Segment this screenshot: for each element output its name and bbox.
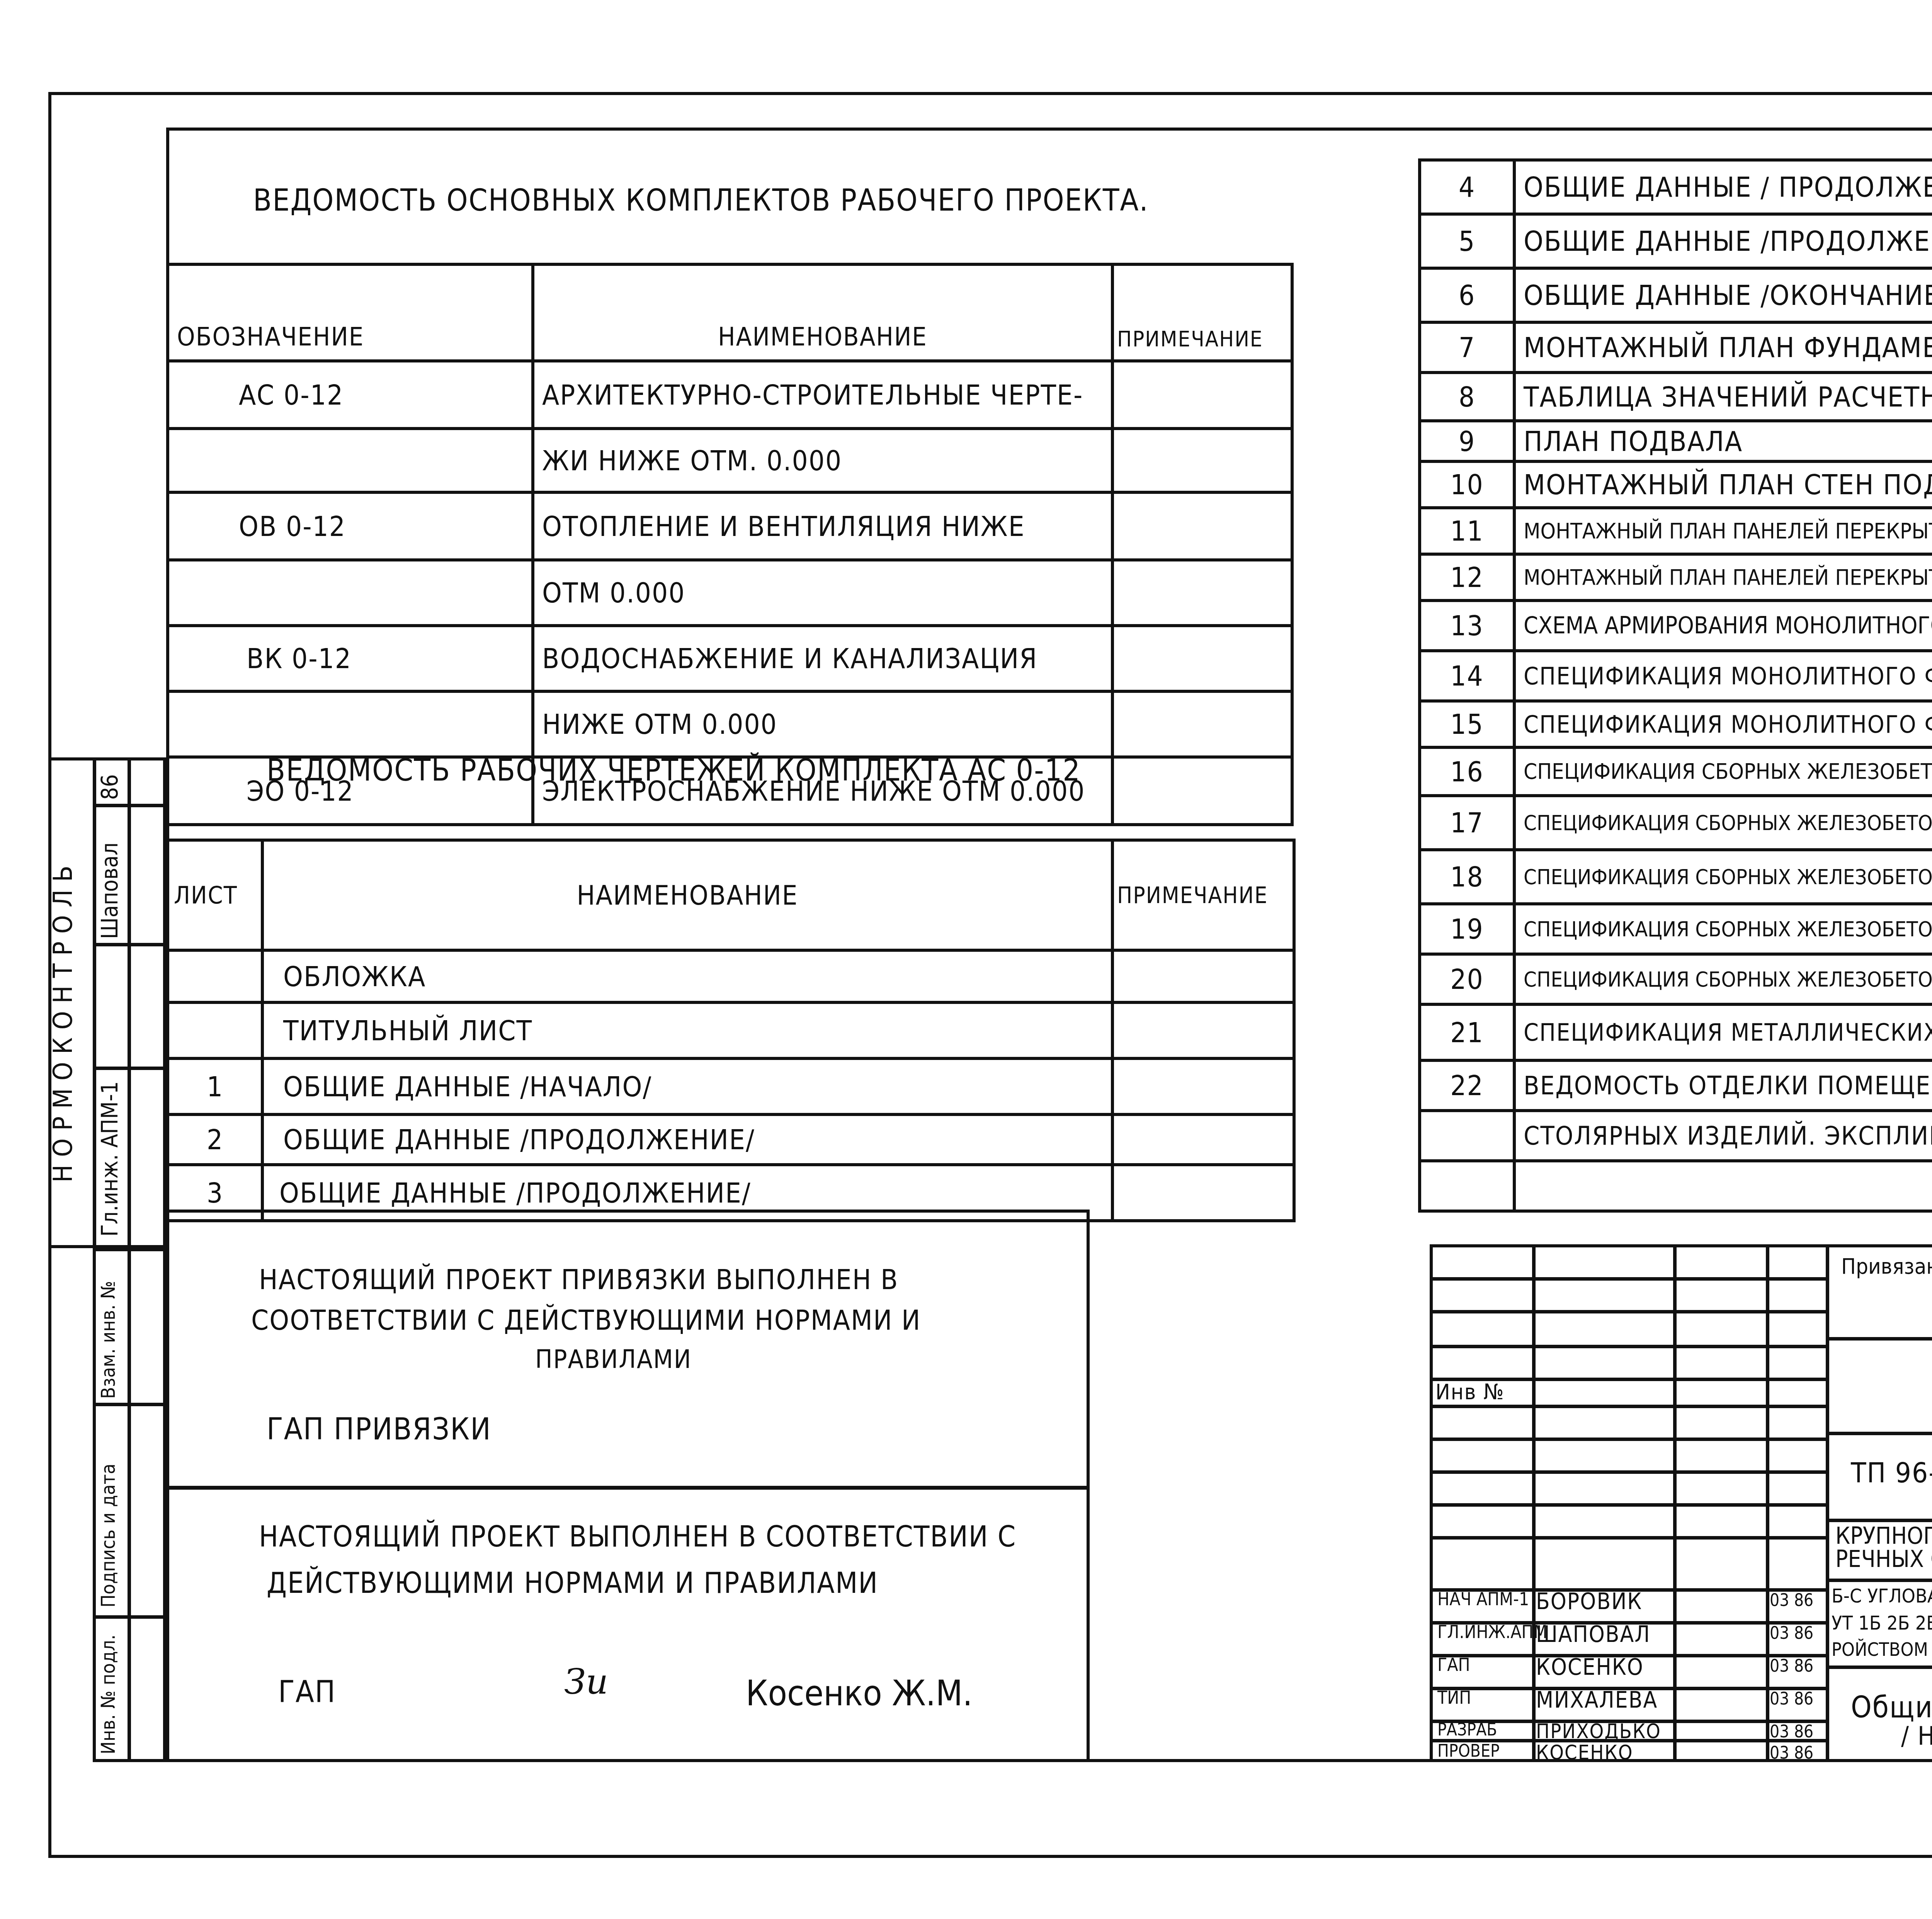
sheet-name: Обложка <box>262 950 1112 1002</box>
inv-number-label: Инв № <box>1435 1381 1505 1403</box>
set-name: Архитектурно-строительные черте- <box>533 361 1112 429</box>
signer-name: Михалева <box>1536 1689 1658 1711</box>
table-row: 13Схема армирования монолитного фундамен… <box>1420 601 1932 651</box>
signer-date: 03 86 <box>1770 1745 1813 1762</box>
set-code <box>168 560 533 626</box>
signer-role: Гл.инж.АПМ <box>1437 1623 1547 1641</box>
sheet-name <box>1514 1161 1932 1211</box>
sheet-name: Титульный лист <box>262 1002 1112 1058</box>
table-row: 19Спецификация сборных железобетонных из… <box>1420 904 1932 954</box>
sheet-number: 12 <box>1420 554 1514 601</box>
normocontrol-name: Шаповал <box>99 842 121 939</box>
table-row: 20Спецификация сборных железобетонных из… <box>1420 954 1932 1004</box>
table-row: 12Монтажный план панелей перекрытия над … <box>1420 554 1932 601</box>
sheet-name: Спецификация сборных железобетонных изде… <box>1514 954 1932 1004</box>
sheet-name: Общие данные /продолжение/ <box>1514 214 1932 268</box>
sheet-name: Монтажный план стен подвала <box>1514 461 1932 508</box>
sheet-name: Ведомость отделки помещений. Спецификаци… <box>1514 1060 1932 1111</box>
set-name: Водоснабжение и канализация <box>533 626 1112 691</box>
compliance-note-line2: действующими нормами и правилами <box>267 1569 878 1597</box>
signer-name: Косенко <box>1536 1743 1633 1763</box>
sheet-number: 22 <box>1420 1060 1514 1111</box>
signer-role: Разраб <box>1437 1722 1497 1739</box>
sheet-name: Спецификация сборных железобетонных изде… <box>1514 850 1932 904</box>
signer-role: ГАП <box>1437 1656 1470 1674</box>
sheet-name: Общие данные /начало/ <box>262 1058 1112 1114</box>
set-note <box>1112 691 1292 757</box>
set-code: ОВ 0-12 <box>168 492 533 560</box>
signer-name: Шаповал <box>1536 1623 1651 1645</box>
table-row: 9План подвала <box>1420 421 1932 461</box>
sheet-name: Таблица значений расчетных нагрузок <box>1514 373 1932 421</box>
signer-role: Нач АПМ-1 <box>1437 1590 1529 1608</box>
sheet-number: 17 <box>1420 796 1514 850</box>
gap-signature: Зи <box>564 1662 608 1702</box>
table1-header-code: Обозначение <box>168 264 533 361</box>
signer-name: Косенко <box>1536 1656 1644 1678</box>
set-code: АС 0-12 <box>168 361 533 429</box>
sheet-number: 21 <box>1420 1004 1514 1060</box>
sheet-name: Схема армирования монолитного фундаментн… <box>1514 601 1932 651</box>
gap-name: Косенко Ж.М. <box>746 1673 973 1714</box>
sheet-note <box>1112 1114 1294 1165</box>
sheet-name: Монтажный план панелей перекрытия над по… <box>1514 554 1932 601</box>
sheet-number: 16 <box>1420 747 1514 796</box>
sheet-note <box>1112 1002 1294 1058</box>
set-name: жи ниже отм. 0.000 <box>533 429 1112 492</box>
table-row: ВК 0-12 Водоснабжение и канализация <box>168 626 1292 691</box>
sheet-number: 4 <box>1420 160 1514 214</box>
table-row: 10Монтажный план стен подвала <box>1420 461 1932 508</box>
table2-header-note: Примечание <box>1112 840 1294 950</box>
table1-header-note: Примечание <box>1112 264 1292 361</box>
table2-header-sheet: Лист <box>168 840 262 950</box>
set-note <box>1112 361 1292 429</box>
sheet-number: 15 <box>1420 701 1514 747</box>
binding-gap-label: ГАП привязки <box>267 1414 492 1444</box>
table-row: Обложка <box>168 950 1294 1002</box>
inv-podl-label: Инв. № подл. <box>99 1635 118 1754</box>
signer-role: Провер <box>1437 1743 1500 1760</box>
set-name: Отопление и вентиляция ниже <box>533 492 1112 560</box>
set-note <box>1112 757 1292 825</box>
sheet-name: Общие данные /продолжение/ <box>262 1114 1112 1165</box>
set-name: ниже отм 0.000 <box>533 691 1112 757</box>
signer-role: ТИП <box>1437 1689 1471 1706</box>
podpis-data-label: Подпись и дата <box>99 1463 118 1608</box>
sheet-name: Общие данные /окончание/ <box>1514 268 1932 322</box>
table-row: 4Общие данные / продолжение / <box>1420 160 1932 214</box>
set-code: ВК 0-12 <box>168 626 533 691</box>
set-note <box>1112 492 1292 560</box>
sheet-number: 5 <box>1420 214 1514 268</box>
table2-header-name: Наименование <box>262 840 1112 950</box>
set-note <box>1112 626 1292 691</box>
building-line1: Б-с угловая-торцевая 9-эт 36 кварт <box>1832 1586 1932 1606</box>
section2-title: Ведомость рабочих чертежей комплекта АС … <box>267 755 1081 786</box>
table-row: 14Спецификация монолитного фундаментного… <box>1420 651 1932 701</box>
set-note <box>1112 560 1292 626</box>
sheet-number: 7 <box>1420 322 1514 373</box>
sheet-number: 14 <box>1420 651 1514 701</box>
sheet-name: План подвала <box>1514 421 1932 461</box>
sheet-name: Спецификация сборных железобетонных изде… <box>1514 904 1932 954</box>
table-row: жи ниже отм. 0.000 <box>168 429 1292 492</box>
signature-table: Нач АПМ-1 Боровик 03 86 Гл.инж.АПМ Шапов… <box>1430 1588 1828 1762</box>
sheet-number: 13 <box>1420 601 1514 651</box>
drawing-title-line1: Общие данные <box>1851 1693 1932 1722</box>
table-row: АС 0-12 Архитектурно-строительные черте- <box>168 361 1292 429</box>
sheet-name: Спецификация сборных железобетонных изде… <box>1514 796 1932 850</box>
binding-note-line3: правилами <box>535 1347 692 1372</box>
signer-date: 03 86 <box>1770 1723 1813 1740</box>
project-name-line1: Крупнопанельные жилые дома с узким шагом… <box>1835 1524 1932 1548</box>
sheet-note <box>1112 1058 1294 1114</box>
sheet-name: Общие данные / продолжение / <box>1514 160 1932 214</box>
sheet-number <box>1420 1161 1514 1211</box>
sheet-name: Спецификация монолитного фундаментного п… <box>1514 701 1932 747</box>
sheet-name: столярных изделий. Экспликация пола <box>1514 1111 1932 1161</box>
drawing-title-line2: / начало / <box>1901 1723 1932 1749</box>
normocontrol-position: Гл.инж. АПМ-1 <box>99 1081 121 1237</box>
table-row: 8Таблица значений расчетных нагрузок <box>1420 373 1932 421</box>
table-row <box>1420 1161 1932 1211</box>
table-row: 16Спецификация сборных железобетонных из… <box>1420 747 1932 796</box>
signer-date: 03 86 <box>1770 1691 1813 1708</box>
building-line2: УТ 1Б 2Б 2Б 3Б/левая/ Вариант уст- <box>1832 1613 1932 1633</box>
signer-date: 03 86 <box>1770 1592 1813 1609</box>
signer-date: 03 86 <box>1770 1658 1813 1675</box>
working-drawings-table: Лист Наименование Примечание Обложка Тит… <box>166 839 1296 1222</box>
sheet-number: 11 <box>1420 508 1514 554</box>
table-row: Титульный лист <box>168 1002 1294 1058</box>
binding-note-line1: Настоящий проект привязки выполнен в <box>259 1266 899 1293</box>
sheet-name: Монтажный план панелей перекрытия над по… <box>1514 508 1932 554</box>
table-row: 11Монтажный план панелей перекрытия над … <box>1420 508 1932 554</box>
signer-name: Приходько <box>1536 1722 1661 1742</box>
normocontrol-label: Нормоконтроль <box>50 858 77 1182</box>
main-sets-table: Обозначение Наименование Примечание АС 0… <box>166 263 1294 826</box>
sheet-number: 19 <box>1420 904 1514 954</box>
sheet-number: 18 <box>1420 850 1514 904</box>
set-note <box>1112 429 1292 492</box>
building-line3: ройством кладовых-боксов в подвале <box>1832 1640 1932 1659</box>
compliance-gap-label: ГАП <box>278 1677 336 1707</box>
project-name-line2: речных стен для сложных условий строител… <box>1835 1548 1932 1571</box>
section1-title: Ведомость основных комплектов рабочего п… <box>253 185 1149 216</box>
table-row: 21Спецификация металлических монтажных и… <box>1420 1004 1932 1060</box>
sheet-number: 20 <box>1420 954 1514 1004</box>
table-row: 15Спецификация монолитного фундаментного… <box>1420 701 1932 747</box>
sheet-name: Спецификация металлических монтажных изд… <box>1514 1004 1932 1060</box>
table-row: 5Общие данные /продолжение/ <box>1420 214 1932 268</box>
sheet-number: 1 <box>168 1058 262 1114</box>
table-row: отм 0.000 <box>168 560 1292 626</box>
table-row: 7Монтажный план фундаментов <box>1420 322 1932 373</box>
vzam-inv-label: Взам. инв. № <box>99 1281 118 1399</box>
binding-note-line2: соответствии с действующими нормами и <box>251 1306 921 1334</box>
table-row: ОВ 0-12 Отопление и вентиляция ниже <box>168 492 1292 560</box>
working-drawings-table-continued: 4Общие данные / продолжение / 5Общие дан… <box>1418 158 1932 1213</box>
table-row: 17Спецификация сборных железобетонных из… <box>1420 796 1932 850</box>
table-row: 1 Общие данные /начало/ <box>168 1058 1294 1114</box>
set-name: отм 0.000 <box>533 560 1112 626</box>
set-code <box>168 691 533 757</box>
table-row: столярных изделий. Экспликация пола <box>1420 1111 1932 1161</box>
sheet-name: Спецификация сборных железобетонных изде… <box>1514 747 1932 796</box>
sheet-number: 2 <box>168 1114 262 1165</box>
sheet-note <box>1112 950 1294 1002</box>
signer-name: Боровик <box>1536 1590 1642 1613</box>
sheet-number: 8 <box>1420 373 1514 421</box>
set-code <box>168 429 533 492</box>
privyazan-label: Привязан <box>1841 1256 1932 1278</box>
sheet-name: Монтажный план фундаментов <box>1514 322 1932 373</box>
table-row: 22Ведомость отделки помещений. Специфика… <box>1420 1060 1932 1111</box>
table1-header-name: Наименование <box>533 264 1112 361</box>
compliance-note-line1: Настоящий проект выполнен в соответствии… <box>259 1523 1016 1551</box>
project-code: ТП 96-056 83 <box>1851 1459 1932 1487</box>
table-row: 18Спецификация сборных железобетонных из… <box>1420 850 1932 904</box>
normocontrol-year: 86 <box>99 774 121 800</box>
sheet-number: 6 <box>1420 268 1514 322</box>
table-row: 6Общие данные /окончание/ <box>1420 268 1932 322</box>
sheet-number <box>168 1002 262 1058</box>
sheet-number <box>168 950 262 1002</box>
sheet-number <box>1420 1111 1514 1161</box>
sheet-number: 10 <box>1420 461 1514 508</box>
sheet-name: Спецификация монолитного фундаментного п… <box>1514 651 1932 701</box>
sheet-number: 9 <box>1420 421 1514 461</box>
signer-date: 03 86 <box>1770 1625 1813 1642</box>
table-row: ниже отм 0.000 <box>168 691 1292 757</box>
table-row: 2 Общие данные /продолжение/ <box>168 1114 1294 1165</box>
sheet-note <box>1112 1165 1294 1221</box>
